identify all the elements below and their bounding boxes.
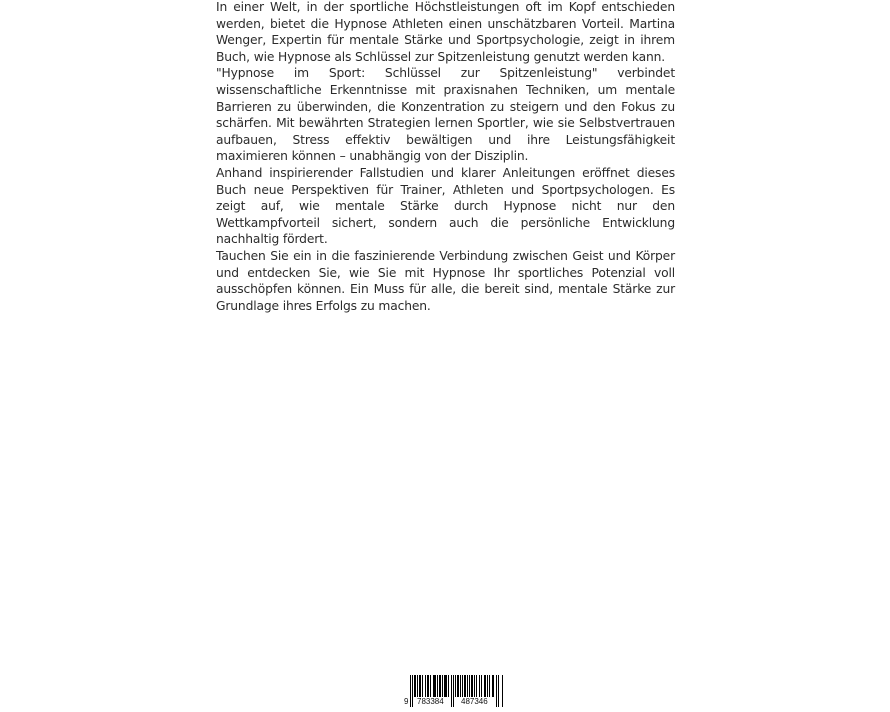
barcode-right-digits: 487346 <box>460 697 489 707</box>
blurb-paragraph-1: In einer Welt, in der sportliche Höchstl… <box>216 0 675 65</box>
blurb-paragraph-3: Anhand inspirierender Fallstudien und kl… <box>216 165 675 248</box>
barcode-left-digits: 783384 <box>416 697 445 707</box>
blurb-paragraph-2: "Hypnose im Sport: Schlüssel zur Spitzen… <box>216 65 675 165</box>
blurb-text-block: In einer Welt, in der sportliche Höchstl… <box>216 0 675 314</box>
barcode-digits: 9 783384 487346 <box>403 697 507 707</box>
barcode-first-digit: 9 <box>403 697 409 707</box>
book-back-cover: In einer Welt, in der sportliche Höchstl… <box>0 0 890 712</box>
isbn-barcode: 9 783384 487346 <box>403 675 507 707</box>
blurb-paragraph-4: Tauchen Sie ein in die faszinierende Ver… <box>216 248 675 314</box>
